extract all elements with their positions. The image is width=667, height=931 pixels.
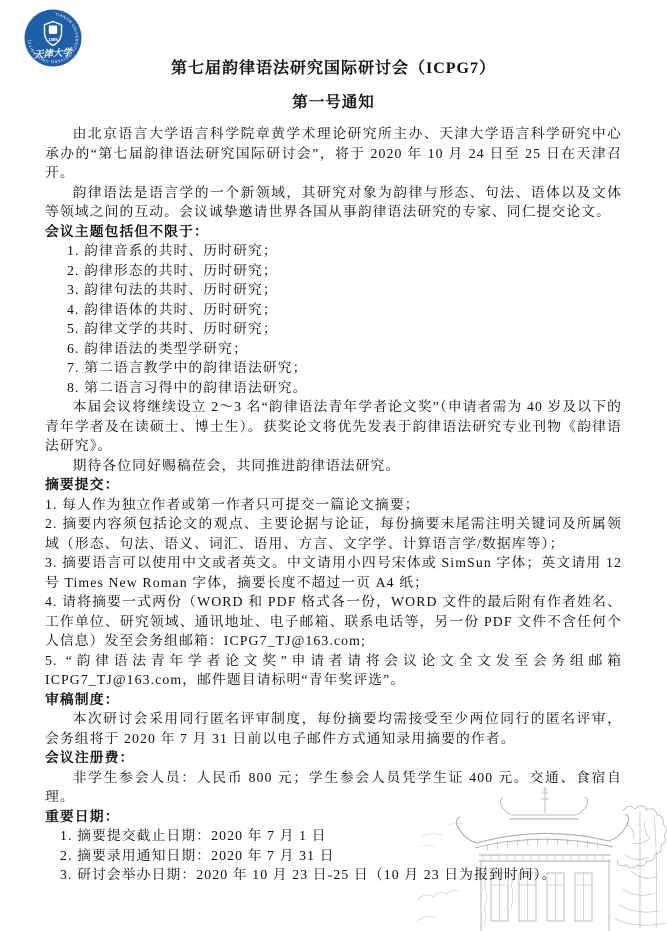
topic-item-1: 1. 韵律音系的共时、历时研究； [67,241,622,261]
registration-heading: 会议注册费： [45,748,622,768]
topic-item-7: 7. 第二语言教学中的韵律语法研究； [67,358,622,378]
topic-item-5: 5. 韵律文学的共时、历时研究； [67,319,622,339]
review-paragraph: 本次研讨会采用同行匿名评审制度，每份摘要均需接受至少两位同行的匿名评审，会务组将… [45,709,622,748]
date-item-1: 1. 摘要提交截止日期：2020 年 7 月 1 日 [45,826,622,846]
intro-paragraph-2: 韵律语法是语言学的一个新领域，其研究对象为韵律与形态、句法、语体以及文体等领域之… [45,183,622,222]
dates-heading: 重要日期： [45,807,622,827]
page-title: 第七届韵律语法研究国际研讨会（ICPG7） [45,57,622,80]
topic-item-8: 8. 第二语言习得中的韵律语法研究。 [67,378,622,398]
topics-heading: 会议主题包括但不限于： [45,222,622,242]
invitation-paragraph: 期待各位同好赐稿莅会，共同推进韵律语法研究。 [45,456,622,476]
abstract-item-4: 4. 请将摘要一式两份（WORD 和 PDF 格式各一份，WORD 文件的最后附… [45,592,622,651]
abstract-item-3: 3. 摘要语言可以使用中文或者英文。中文请用小四号宋体或 SimSun 字体；英… [45,553,622,592]
university-seal-icon: TIANJIN UNIVERSITY (PEIYANG UNIVERSITY) … [23,8,83,68]
abstract-submission-list: 1. 每人作为独立作者或第一作者只可提交一篇论文摘要； 2. 摘要内容须包括论文… [45,495,622,690]
seal-emblem-square [49,26,57,34]
intro-paragraph-1: 由北京语言大学语言科学院章黄学术理论研究所主办、天津大学语言科学研究中心承办的“… [45,124,622,183]
date-item-3: 3. 研讨会举办日期：2020 年 10 月 23 日-25 日（10 月 23… [45,865,622,885]
award-paragraph: 本届会议将继续设立 2～3 名“韵律语法青年学者论文奖”（申请者需为 40 岁及… [45,397,622,456]
abstract-item-5: 5. “韵律语法青年学者论文奖”申请者请将会议论文全文发至会务组邮箱 ICPG7… [45,651,622,690]
topic-item-6: 6. 韵律语法的类型学研究； [67,339,622,359]
page-subtitle: 第一号通知 [45,92,622,114]
review-heading: 审稿制度： [45,690,622,710]
seal-year-text: 1895 [48,37,58,42]
important-dates-section: 重要日期： 1. 摘要提交截止日期：2020 年 7 月 1 日 2. 摘要录用… [45,807,622,885]
abstract-item-2: 2. 摘要内容须包括论文的观点、主要论据与论证，每份摘要末尾需注明关键词及所属领… [45,514,622,553]
abstract-item-1: 1. 每人作为独立作者或第一作者只可提交一篇论文摘要； [45,495,622,515]
date-item-2: 2. 摘要录用通知日期：2020 年 7 月 31 日 [45,846,622,866]
topics-list: 1. 韵律音系的共时、历时研究； 2. 韵律形态的共时、历时研究； 3. 韵律句… [45,241,622,397]
topic-item-3: 3. 韵律句法的共时、历时研究； [67,280,622,300]
registration-paragraph: 非学生参会人员：人民币 800 元；学生参会人员凭学生证 400 元。交通、食宿… [45,768,622,807]
topic-item-2: 2. 韵律形态的共时、历时研究； [67,261,622,281]
document-page: TIANJIN UNIVERSITY (PEIYANG UNIVERSITY) … [0,0,667,931]
abstract-submission-heading: 摘要提交： [45,475,622,495]
tianjin-university-logo: TIANJIN UNIVERSITY (PEIYANG UNIVERSITY) … [23,8,83,68]
topic-item-4: 4. 韵律语体的共时、历时研究； [67,300,622,320]
